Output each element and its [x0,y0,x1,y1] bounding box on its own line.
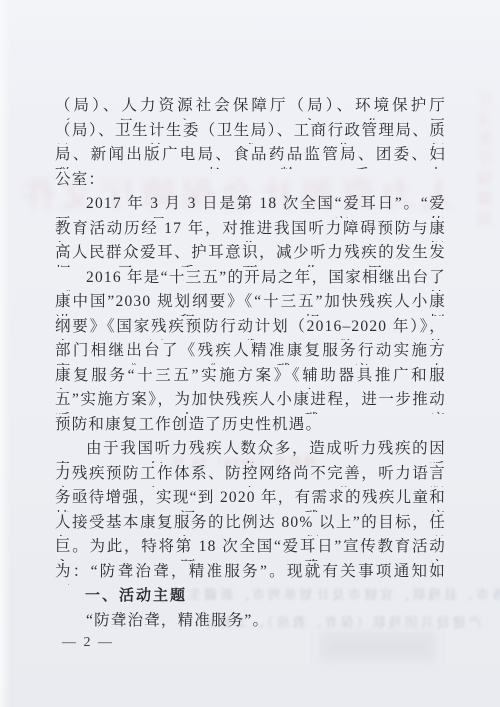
document-line: 2016 年是“十三五”的开局之年，国家相继出台了《“健 [55,267,446,292]
bleed-through-gray-block [320,632,436,662]
document-line: 为：“防聋治聋，精准服务”。现就有关事项通知如下： [55,561,446,586]
document-line: 康复服务“十三五”实施方案》《辅助器具推广和服务“十三 [55,365,446,390]
document-line: 2017 年 3 月 3 日是第 18 次全国“爱耳日”。“爱耳日”宣传 [55,193,446,218]
document-line: 高人民群众爱耳、护耳意识，减少听力残疾的发生发挥了重要作用。 [55,242,446,267]
document-line: 预防和康复工作创造了历史性机遇。 [55,414,446,439]
document-body: （局）、人力资源社会保障厅（局）、环境保护厅（局）、文化厅（局）、卫生计生委（卫… [55,95,446,634]
document-line: 人接受基本康复服务的比例达 80% 以上”的目标，任务仍很艰 [55,512,446,537]
document-line: 康中国”2030 规划纲要》《“十三五”加快残疾人小康进程规划 [55,291,446,316]
document-line: 局、新闻出版广电局、食品药品监管局、团委、妇联、老龄委办 [55,144,446,169]
document-line: 一、活动主题 [55,585,446,610]
document-line: 巨。为此，特将第 18 次全国“爱耳日”宣传教育活动主题确定 [55,536,446,561]
document-line: 务亟待增强，实现“到 2020 年，有需求的残疾儿童和持证残疾 [55,487,446,512]
document-line: （局）、卫生计生委（卫生局）、工商行政管理局、质量技术监督 [55,120,446,145]
scanned-document-page: 人力资源社会保障厅文件 厅文化厅保障局 残联发〔2016〕76 号 各市、县残联… [0,0,500,707]
scan-edge-highlight [0,0,10,707]
page-number: — 2 — [62,635,114,651]
document-line: 部门相继出台了《残疾人精准康复服务行动实施方案》《残疾人 [55,340,446,365]
document-line: （局）、人力资源社会保障厅（局）、环境保护厅（局）、文化厅 [55,95,446,120]
document-line: 五”实施方案》，为加快残疾人小康进程，进一步推动听力残疾 [55,389,446,414]
document-line: 力残疾预防工作体系、防控网络尚不完善，听力语言康复专业服 [55,463,446,488]
bleed-through-red-column-text: 厅文化厅保障局 [475,90,498,230]
document-line: 由于我国听力残疾人数众多，造成听力残疾的因素复杂，听 [55,438,446,463]
document-line: 公室： [55,169,446,194]
document-line: 纲要》《国家残疾预防行动计划（2016–2020 年）》，中国残联等 [55,316,446,341]
document-line: 教育活动历经 17 年，对推进我国听力障碍预防与康复工作，提 [55,218,446,243]
document-line: “防聋治聋，精准服务”。 [55,610,446,635]
